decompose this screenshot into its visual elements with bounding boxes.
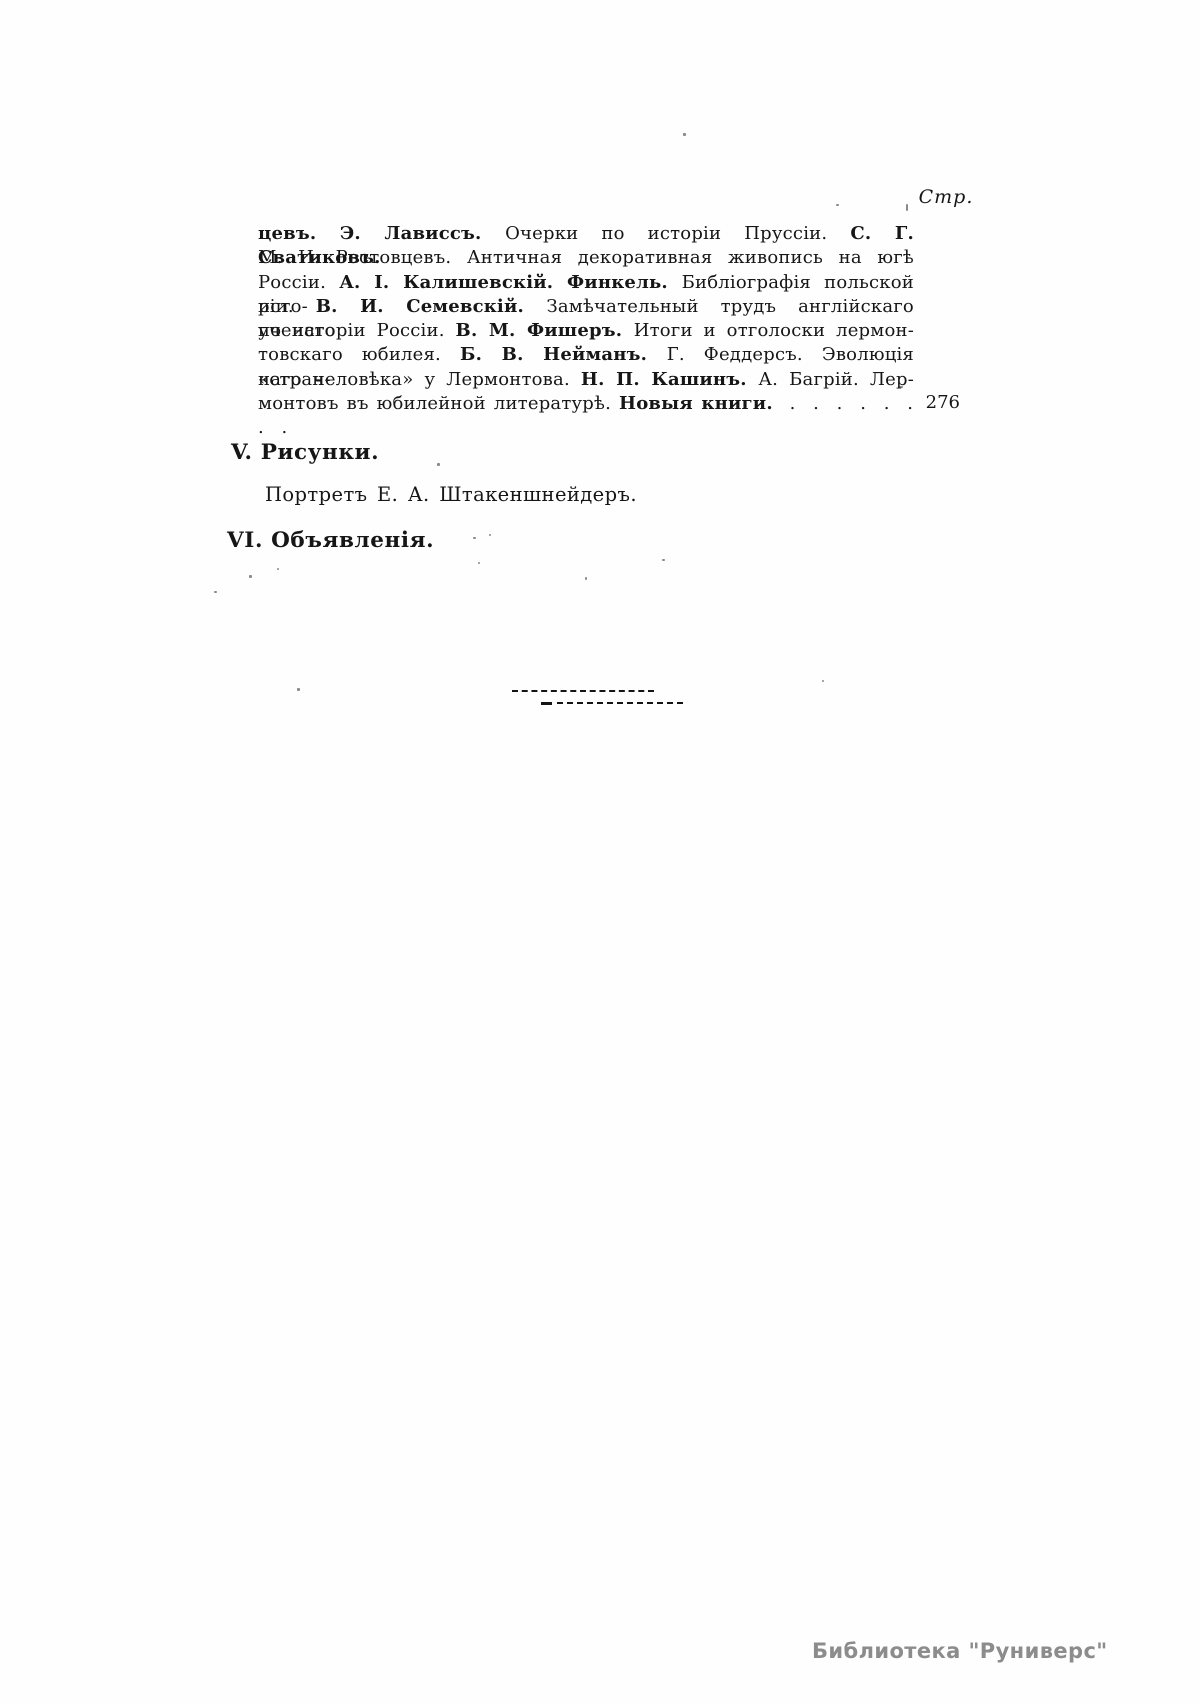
scanned-book-page: Стр. цевъ. Э. Лависсъ. Очерки по исторіи… — [0, 0, 1200, 1705]
toc-page-number: 276 — [908, 392, 960, 413]
toc-continuation-paragraph: цевъ. Э. Лависсъ. Очерки по исторіи Прус… — [258, 222, 914, 416]
scan-speck — [214, 591, 217, 593]
section-item-portrait: Портретъ Е. А. Штакеншнейдеръ. — [265, 483, 637, 506]
scan-speck — [297, 688, 300, 691]
divider-dashed-line-bottom — [557, 702, 683, 704]
scan-speck — [822, 680, 824, 682]
library-watermark: Библиотека "Руниверс" — [812, 1639, 1108, 1663]
toc-line: наго человѣка» у Лермонтова. Н. П. Кашин… — [258, 368, 914, 392]
scan-speck — [473, 537, 476, 539]
scan-speck — [585, 577, 587, 580]
scan-speck — [662, 559, 665, 561]
scan-speck — [478, 562, 480, 564]
scan-speck — [899, 386, 903, 388]
divider-dash-short — [541, 702, 552, 705]
toc-line: М. И. Ростовцевъ. Античная декоративная … — [258, 246, 914, 270]
toc-line: ріи. В. И. Семевскій. Замѣчательный труд… — [258, 295, 914, 319]
scan-speck — [906, 204, 908, 211]
section-heading-drawings: V. Рисунки. — [231, 440, 379, 465]
scan-speck — [249, 575, 252, 578]
toc-line: по исторіи Россіи. В. М. Фишеръ. Итоги и… — [258, 319, 914, 343]
scan-speck — [489, 534, 491, 536]
scan-speck — [277, 568, 279, 570]
toc-line: товскаго юбилея. Б. В. Нейманъ. Г. Федде… — [258, 343, 914, 367]
scan-speck — [437, 463, 440, 466]
page-column-header: Стр. — [916, 186, 976, 208]
divider-dashed-line-top — [512, 690, 654, 692]
toc-line: монтовъ въ юбилейной литературѣ. Новыя к… — [258, 392, 914, 416]
scan-speck — [836, 204, 839, 206]
scan-speck — [683, 133, 686, 136]
toc-line: Россіи. А. І. Калишевскій. Финкель. Библ… — [258, 271, 914, 295]
section-heading-announcements: VI. Объявленія. — [227, 528, 434, 553]
toc-line: цевъ. Э. Лависсъ. Очерки по исторіи Прус… — [258, 222, 914, 246]
